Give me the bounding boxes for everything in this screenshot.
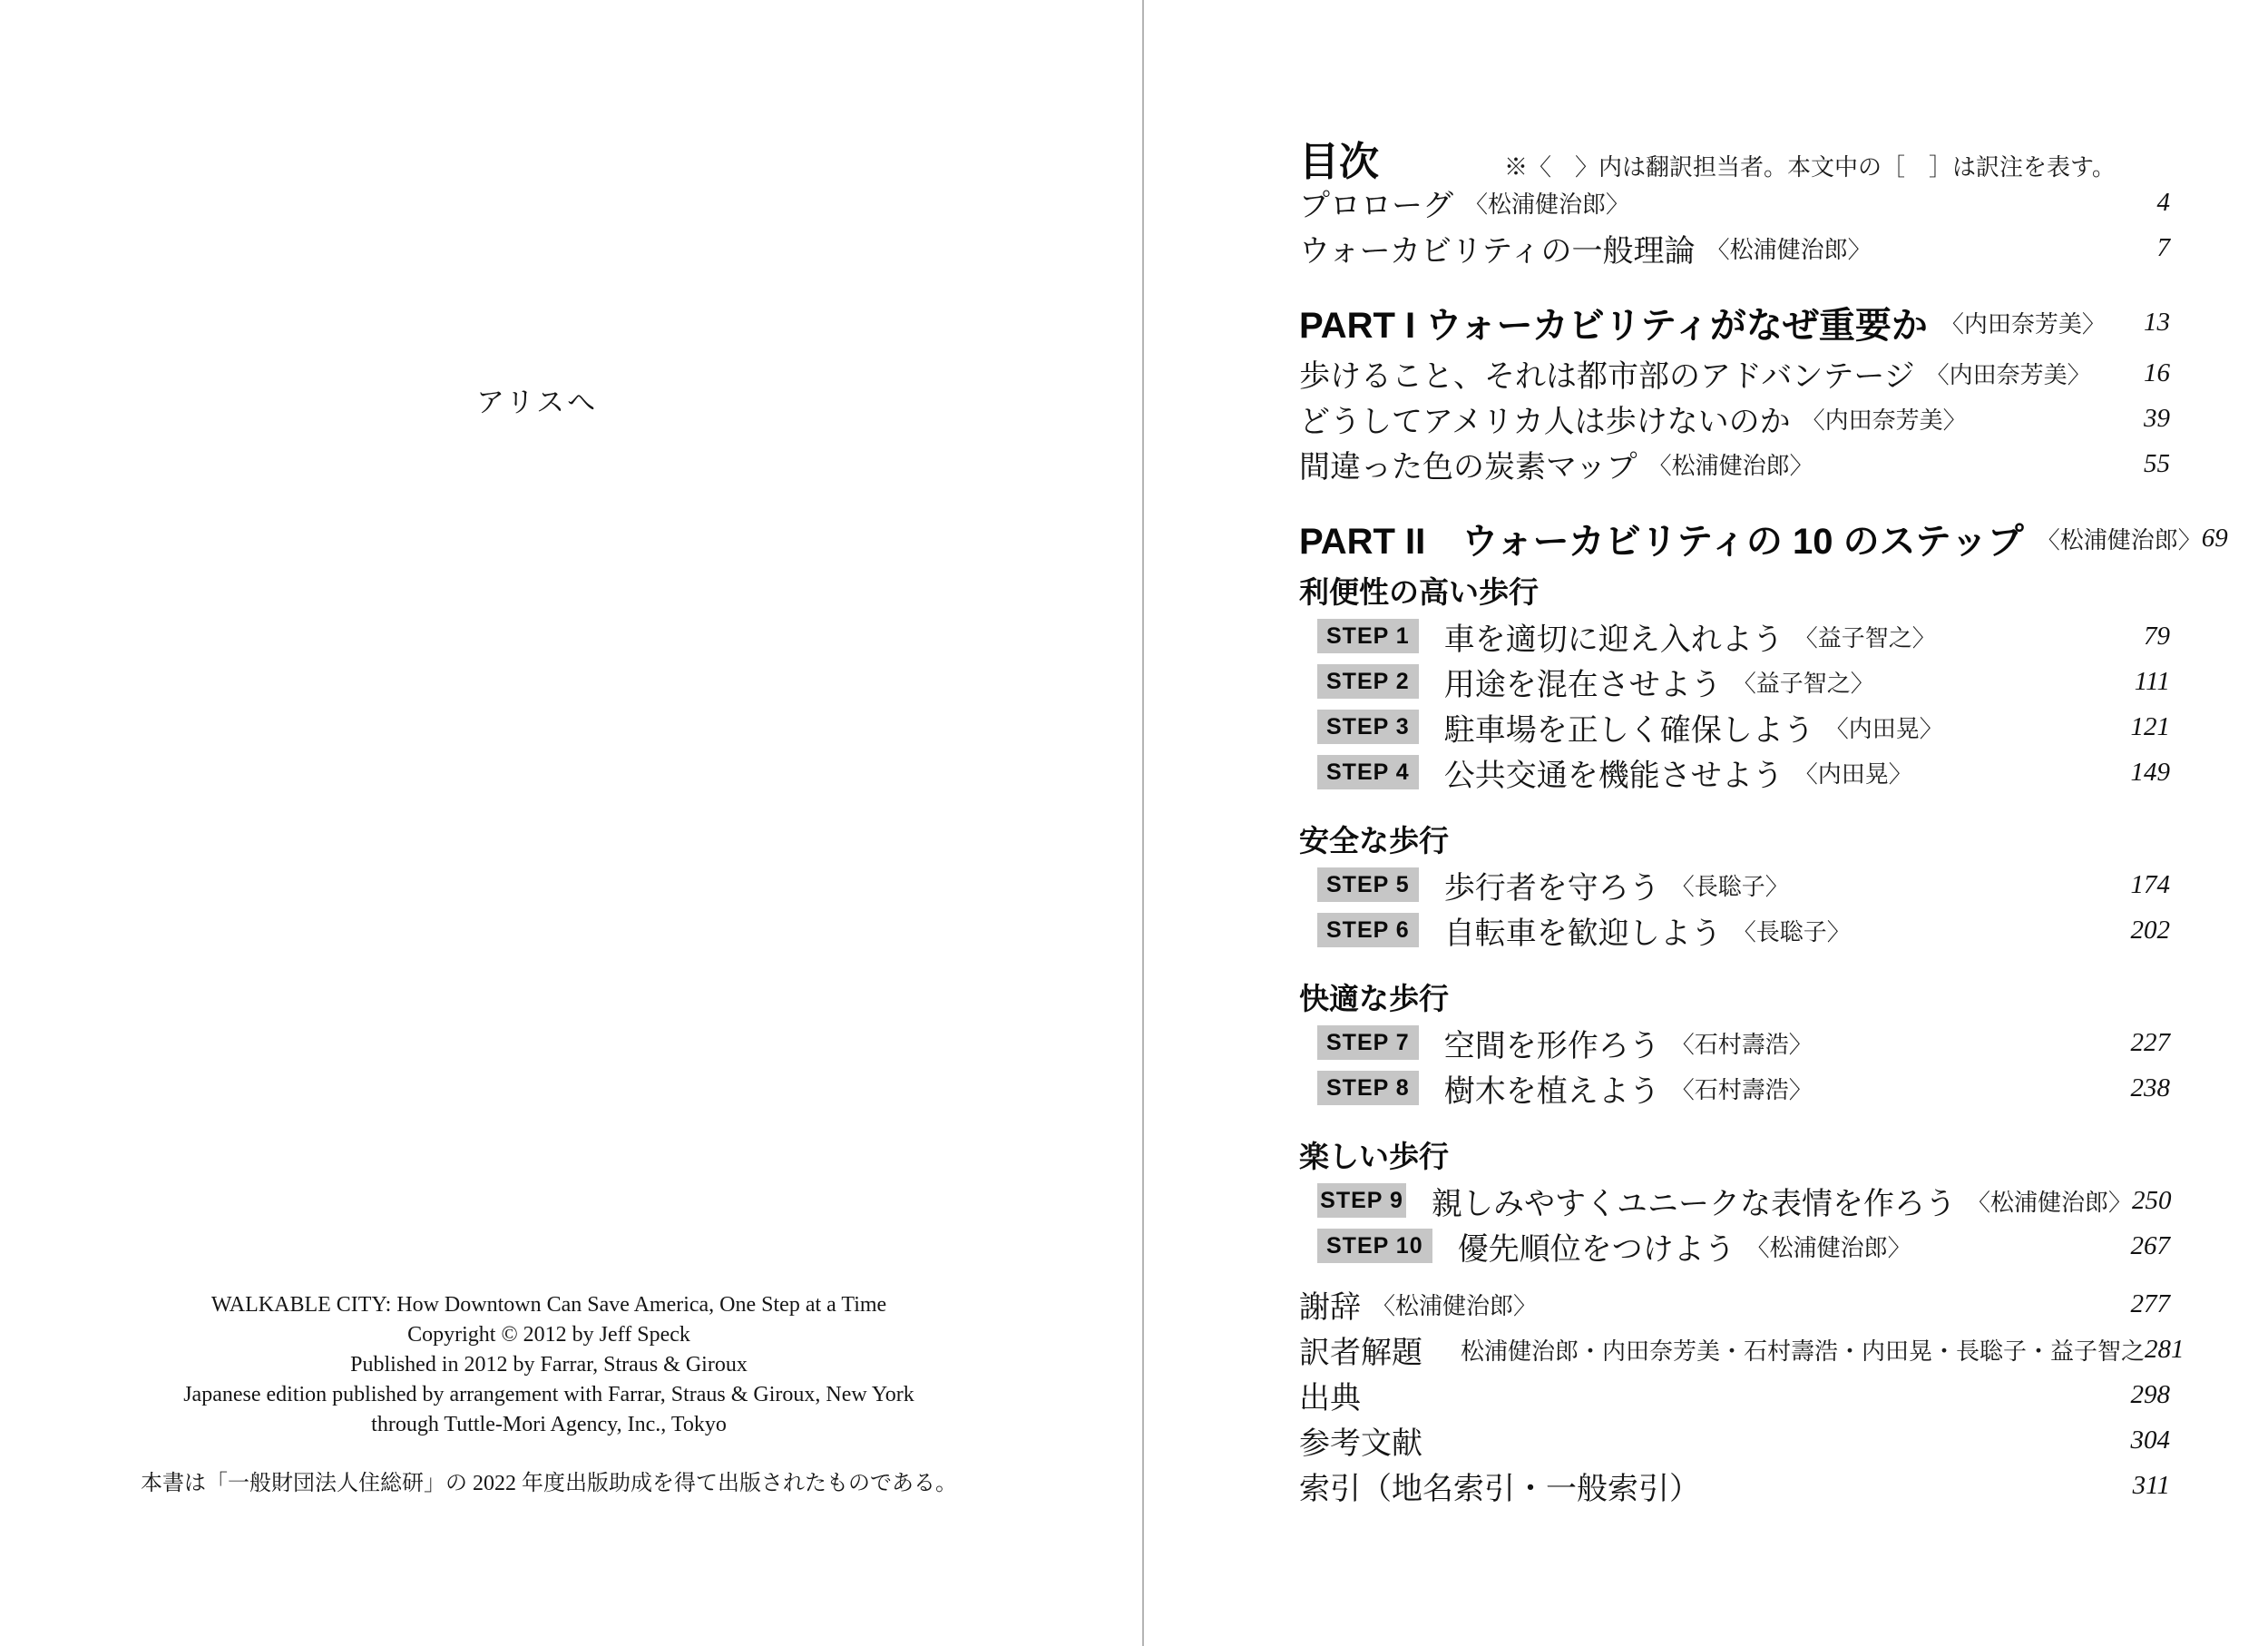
toc-step-entry: STEP 10優先順位をつけよう〈松浦健治郎〉267	[1299, 1223, 2170, 1269]
toc-entry-page-number: 55	[2144, 449, 2170, 479]
toc-title: 目次	[1299, 129, 1379, 187]
toc-section: プロローグ〈松浦健治郎〉4ウォーカビリティの一般理論〈松浦健治郎〉7	[1299, 180, 2170, 270]
toc-subhead: 楽しい歩行	[1299, 1131, 2170, 1178]
toc-entry-page-number: 277	[2131, 1289, 2171, 1319]
toc-step-translator: 〈石村壽浩〉	[1671, 1026, 1813, 1060]
toc-entry-title: プロローグ	[1299, 181, 1453, 225]
toc-entry-page-number: 298	[2131, 1380, 2171, 1410]
toc-step-title: 自転車を歓迎しよう	[1444, 908, 1722, 953]
toc-step-translator: 〈長聡子〉	[1733, 914, 1851, 947]
toc-entry: 謝辞〈松浦健治郎〉277	[1299, 1281, 2170, 1327]
toc-entry-names: 松浦健治郎・内田奈芳美・石村壽浩・内田晃・長聡子・益子智之	[1461, 1333, 2145, 1367]
toc-step-title: 車を適切に迎え入れよう	[1444, 614, 1784, 659]
toc-entry-translator: 〈内田奈芳美〉	[1926, 357, 2091, 390]
toc-part-page-number: 69	[2202, 524, 2228, 554]
toc-entry-translator: 〈内田奈芳美〉	[1802, 402, 1967, 436]
toc-subhead: 利便性の高い歩行	[1299, 566, 2170, 613]
toc-step-translator: 〈内田晃〉	[1794, 756, 1912, 789]
toc-entry-page-number: 304	[2131, 1426, 2171, 1455]
toc-part-translator: 〈内田奈芳美〉	[1941, 306, 2106, 339]
toc-entry-title: 歩けること、それは都市部のアドバンテージ	[1299, 351, 1915, 396]
toc-step-title: 用途を混在させよう	[1444, 660, 1722, 704]
toc-entry-title: 索引（地名索引・一般索引）	[1299, 1464, 1700, 1508]
step-badge: STEP 8	[1317, 1071, 1419, 1105]
toc-subsection: 楽しい歩行STEP 9親しみやすくユニークな表情を作ろう〈松浦健治郎〉250ST…	[1299, 1131, 2170, 1269]
toc-entry-page-number: 39	[2144, 404, 2170, 434]
toc-step-entry: STEP 2用途を混在させよう〈益子智之〉111	[1299, 659, 2170, 704]
toc-entry-title: ウォーカビリティの一般理論	[1299, 226, 1696, 270]
toc-subsections: 利便性の高い歩行STEP 1車を適切に迎え入れよう〈益子智之〉79STEP 2用…	[1299, 566, 2170, 1269]
toc-entry-translator: 〈松浦健治郎〉	[1648, 447, 1813, 481]
toc-step-page-number: 79	[2144, 622, 2170, 652]
toc-part-heading: PART II ウォーカビリティの 10 のステップ〈松浦健治郎〉69	[1299, 510, 2170, 566]
step-badge: STEP 7	[1317, 1025, 1419, 1060]
toc-subhead-title: 安全な歩行	[1299, 818, 1449, 860]
toc-step-entry: STEP 3駐車場を正しく確保しよう〈内田晃〉121	[1299, 704, 2170, 750]
toc-step-title: 歩行者を守ろう	[1444, 863, 1660, 907]
book-spread: アリスへ WALKABLE CITY: How Downtown Can Sav…	[0, 0, 2268, 1646]
toc-entry-page-number: 4	[2157, 188, 2171, 218]
toc-subhead-title: 利便性の高い歩行	[1299, 569, 1539, 612]
toc-entry: どうしてアメリカ人は歩けないのか〈内田奈芳美〉39	[1299, 396, 2170, 441]
toc-subhead-title: 快適な歩行	[1299, 975, 1449, 1018]
toc-header: 目次 ※〈 〉内は翻訳担当者。本文中の［ ］は訳注を表す。	[1299, 129, 2170, 180]
toc-step-page-number: 202	[2131, 916, 2171, 945]
toc-part-page-number: 13	[2144, 308, 2170, 338]
toc-entry: 出典298	[1299, 1372, 2170, 1417]
toc-part-heading: PART I ウォーカビリティがなぜ重要か〈内田奈芳美〉13	[1299, 294, 2170, 350]
colophon: WALKABLE CITY: How Downtown Can Save Ame…	[118, 1290, 980, 1497]
toc-step-entry: STEP 9親しみやすくユニークな表情を作ろう〈松浦健治郎〉250	[1299, 1178, 2170, 1223]
toc-entry-translator: 〈松浦健治郎〉	[1372, 1288, 1537, 1321]
step-badge: STEP 5	[1317, 867, 1419, 902]
toc-entry: ウォーカビリティの一般理論〈松浦健治郎〉7	[1299, 225, 2170, 270]
step-badge: STEP 4	[1317, 755, 1419, 789]
colophon-line: WALKABLE CITY: How Downtown Can Save Ame…	[118, 1290, 980, 1320]
toc-step-translator: 〈松浦健治郎〉	[1967, 1184, 2132, 1218]
toc-step-entry: STEP 1車を適切に迎え入れよう〈益子智之〉79	[1299, 613, 2170, 659]
toc-entry-title: 参考文献	[1299, 1418, 1422, 1463]
toc-step-title: 優先順位をつけよう	[1458, 1224, 1735, 1269]
toc-entry: プロローグ〈松浦健治郎〉4	[1299, 180, 2170, 225]
grant-note: 本書は「一般財団法人住総研」の 2022 年度出版助成を得て出版されたものである…	[118, 1470, 980, 1497]
toc-entry-title: 出典	[1299, 1373, 1361, 1417]
toc-subsection: 安全な歩行STEP 5歩行者を守ろう〈長聡子〉174STEP 6自転車を歓迎しよ…	[1299, 815, 2170, 953]
toc-part-translator: 〈松浦健治郎〉	[2037, 522, 2202, 555]
toc-step-translator: 〈松浦健治郎〉	[1746, 1230, 1911, 1263]
dedication-text: アリスへ	[476, 379, 598, 420]
toc-entry-page-number: 281	[2145, 1335, 2185, 1365]
right-page: 目次 ※〈 〉内は翻訳担当者。本文中の［ ］は訳注を表す。 プロローグ〈松浦健治…	[1143, 0, 2268, 1646]
colophon-line: Copyright © 2012 by Jeff Speck	[118, 1320, 980, 1350]
toc-step-title: 公共交通を機能させよう	[1444, 750, 1784, 795]
toc-entry-title: 謝辞	[1299, 1282, 1361, 1327]
toc-entry-title: どうしてアメリカ人は歩けないのか	[1299, 397, 1791, 441]
toc-step-entry: STEP 4公共交通を機能させよう〈内田晃〉149	[1299, 750, 2170, 795]
toc-step-page-number: 238	[2131, 1073, 2171, 1103]
toc-step-page-number: 174	[2131, 870, 2171, 900]
toc-step-translator: 〈長聡子〉	[1671, 868, 1789, 902]
toc-step-page-number: 149	[2131, 758, 2171, 788]
toc-entry: 歩けること、それは都市部のアドバンテージ〈内田奈芳美〉16	[1299, 350, 2170, 396]
toc-entry: 間違った色の炭素マップ〈松浦健治郎〉55	[1299, 441, 2170, 486]
toc-step-page-number: 121	[2131, 712, 2171, 742]
toc-entry-page-number: 16	[2144, 358, 2170, 388]
toc-section: PART II ウォーカビリティの 10 のステップ〈松浦健治郎〉69利便性の高…	[1299, 510, 2170, 1269]
toc-step-translator: 〈益子智之〉	[1794, 620, 1936, 653]
toc-entry-translator: 〈松浦健治郎〉	[1464, 186, 1629, 220]
toc-subhead-title: 楽しい歩行	[1299, 1133, 1449, 1176]
toc-section: PART I ウォーカビリティがなぜ重要か〈内田奈芳美〉13歩けること、それは都…	[1299, 294, 2170, 486]
toc-step-entry: STEP 6自転車を歓迎しよう〈長聡子〉202	[1299, 907, 2170, 953]
toc-section: 謝辞〈松浦健治郎〉277訳者解題松浦健治郎・内田奈芳美・石村壽浩・内田晃・長聡子…	[1299, 1281, 2170, 1508]
toc-step-page-number: 267	[2131, 1231, 2171, 1261]
toc-step-translator: 〈内田晃〉	[1825, 710, 1943, 744]
toc-entry-title: 間違った色の炭素マップ	[1299, 442, 1637, 486]
toc-step-title: 樹木を植えよう	[1444, 1066, 1660, 1111]
toc-step-title: 駐車場を正しく確保しよう	[1444, 705, 1814, 750]
toc-part-title: PART I ウォーカビリティがなぜ重要か	[1299, 297, 1928, 348]
left-page: アリスへ WALKABLE CITY: How Downtown Can Sav…	[0, 0, 1142, 1646]
toc-entry: 訳者解題松浦健治郎・内田奈芳美・石村壽浩・内田晃・長聡子・益子智之281	[1299, 1327, 2170, 1372]
colophon-line: through Tuttle-Mori Agency, Inc., Tokyo	[118, 1410, 980, 1440]
toc-entry-page-number: 7	[2157, 233, 2171, 263]
toc-entry-page-number: 311	[2133, 1471, 2170, 1501]
toc-entry: 参考文献304	[1299, 1417, 2170, 1463]
step-badge: STEP 1	[1317, 619, 1419, 653]
toc-part-title: PART II ウォーカビリティの 10 のステップ	[1299, 513, 2024, 564]
toc-step-title: 空間を形作ろう	[1444, 1021, 1660, 1065]
toc-step-translator: 〈石村壽浩〉	[1671, 1072, 1813, 1105]
toc-step-entry: STEP 8樹木を植えよう〈石村壽浩〉238	[1299, 1065, 2170, 1111]
colophon-line: Japanese edition published by arrangemen…	[118, 1380, 980, 1410]
step-badge: STEP 2	[1317, 664, 1419, 699]
toc-step-title: 親しみやすくユニークな表情を作ろう	[1432, 1179, 1956, 1223]
toc-entry-title: 訳者解題	[1299, 1328, 1422, 1372]
toc-subsection: 利便性の高い歩行STEP 1車を適切に迎え入れよう〈益子智之〉79STEP 2用…	[1299, 566, 2170, 795]
toc-step-entry: STEP 5歩行者を守ろう〈長聡子〉174	[1299, 862, 2170, 907]
toc-translator-note: ※〈 〉内は翻訳担当者。本文中の［ ］は訳注を表す。	[1504, 149, 2116, 182]
toc-subhead: 快適な歩行	[1299, 973, 2170, 1020]
toc-step-translator: 〈益子智之〉	[1733, 665, 1874, 699]
step-badge: STEP 9	[1317, 1183, 1406, 1218]
toc-step-page-number: 250	[2132, 1186, 2172, 1216]
toc-subhead: 安全な歩行	[1299, 815, 2170, 862]
toc-body: プロローグ〈松浦健治郎〉4ウォーカビリティの一般理論〈松浦健治郎〉7PART I…	[1299, 180, 2170, 1508]
toc-step-entry: STEP 7空間を形作ろう〈石村壽浩〉227	[1299, 1020, 2170, 1065]
colophon-line: Published in 2012 by Farrar, Straus & Gi…	[118, 1350, 980, 1380]
toc-entry: 索引（地名索引・一般索引）311	[1299, 1463, 2170, 1508]
toc-entry-translator: 〈松浦健治郎〉	[1706, 231, 1872, 265]
step-badge: STEP 6	[1317, 913, 1419, 947]
toc-step-page-number: 227	[2131, 1028, 2171, 1058]
step-badge: STEP 10	[1317, 1229, 1432, 1263]
toc-step-page-number: 111	[2135, 667, 2170, 697]
colophon-lines: WALKABLE CITY: How Downtown Can Save Ame…	[118, 1290, 980, 1440]
toc-subsection: 快適な歩行STEP 7空間を形作ろう〈石村壽浩〉227STEP 8樹木を植えよう…	[1299, 973, 2170, 1111]
step-badge: STEP 3	[1317, 710, 1419, 744]
